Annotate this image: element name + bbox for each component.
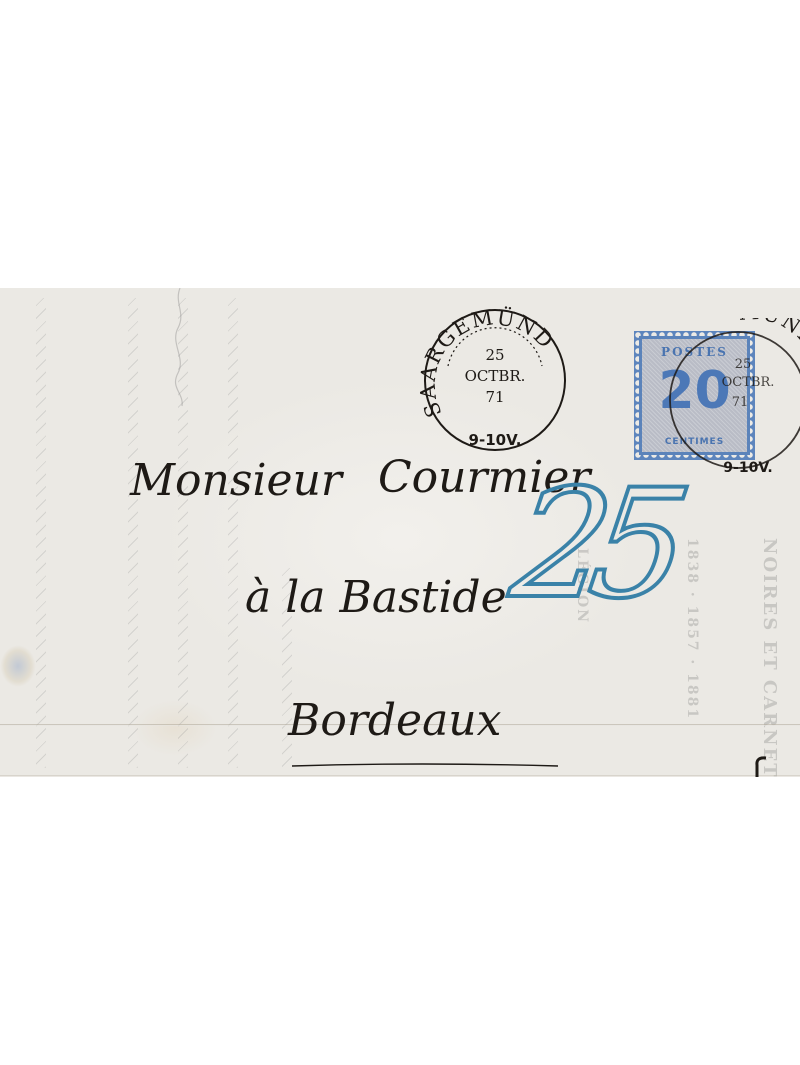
svg-text:71: 71 (732, 395, 749, 410)
address-salutation: Monsieur (130, 455, 342, 506)
postmark-saargemund: SAARGEMÜND 25 OCTBR. 71 9-10V. (410, 298, 580, 463)
svg-text:9-10V.: 9-10V. (723, 460, 772, 476)
ghost-column (36, 298, 46, 768)
svg-text:25: 25 (485, 346, 504, 364)
ink-fragment (752, 755, 772, 779)
tax-mark-25: 25 (504, 470, 680, 620)
fold-crease (0, 775, 800, 777)
svg-text:9-10V.: 9-10V. (469, 431, 522, 449)
ghost-column (228, 298, 238, 768)
svg-text:71: 71 (485, 388, 504, 406)
svg-text:MÜND: MÜND (738, 318, 800, 353)
ghost-print-text: NOIRES ET CARNETS (759, 538, 780, 777)
ghost-column (128, 298, 138, 768)
address-locality: à la Bastide (245, 572, 507, 623)
svg-text:OCTBR.: OCTBR. (722, 375, 775, 390)
svg-text:OCTBR.: OCTBR. (465, 367, 526, 385)
svg-text:25: 25 (735, 357, 752, 372)
address-city: Bordeaux (288, 695, 501, 746)
ghost-print-text: 1838 · 1857 · 1881 (684, 538, 700, 720)
faint-wavy-line (170, 288, 190, 408)
city-underline (290, 760, 560, 770)
postmark-on-stamp: MÜND 25 OCTBR. 71 9-10V. (648, 318, 800, 478)
